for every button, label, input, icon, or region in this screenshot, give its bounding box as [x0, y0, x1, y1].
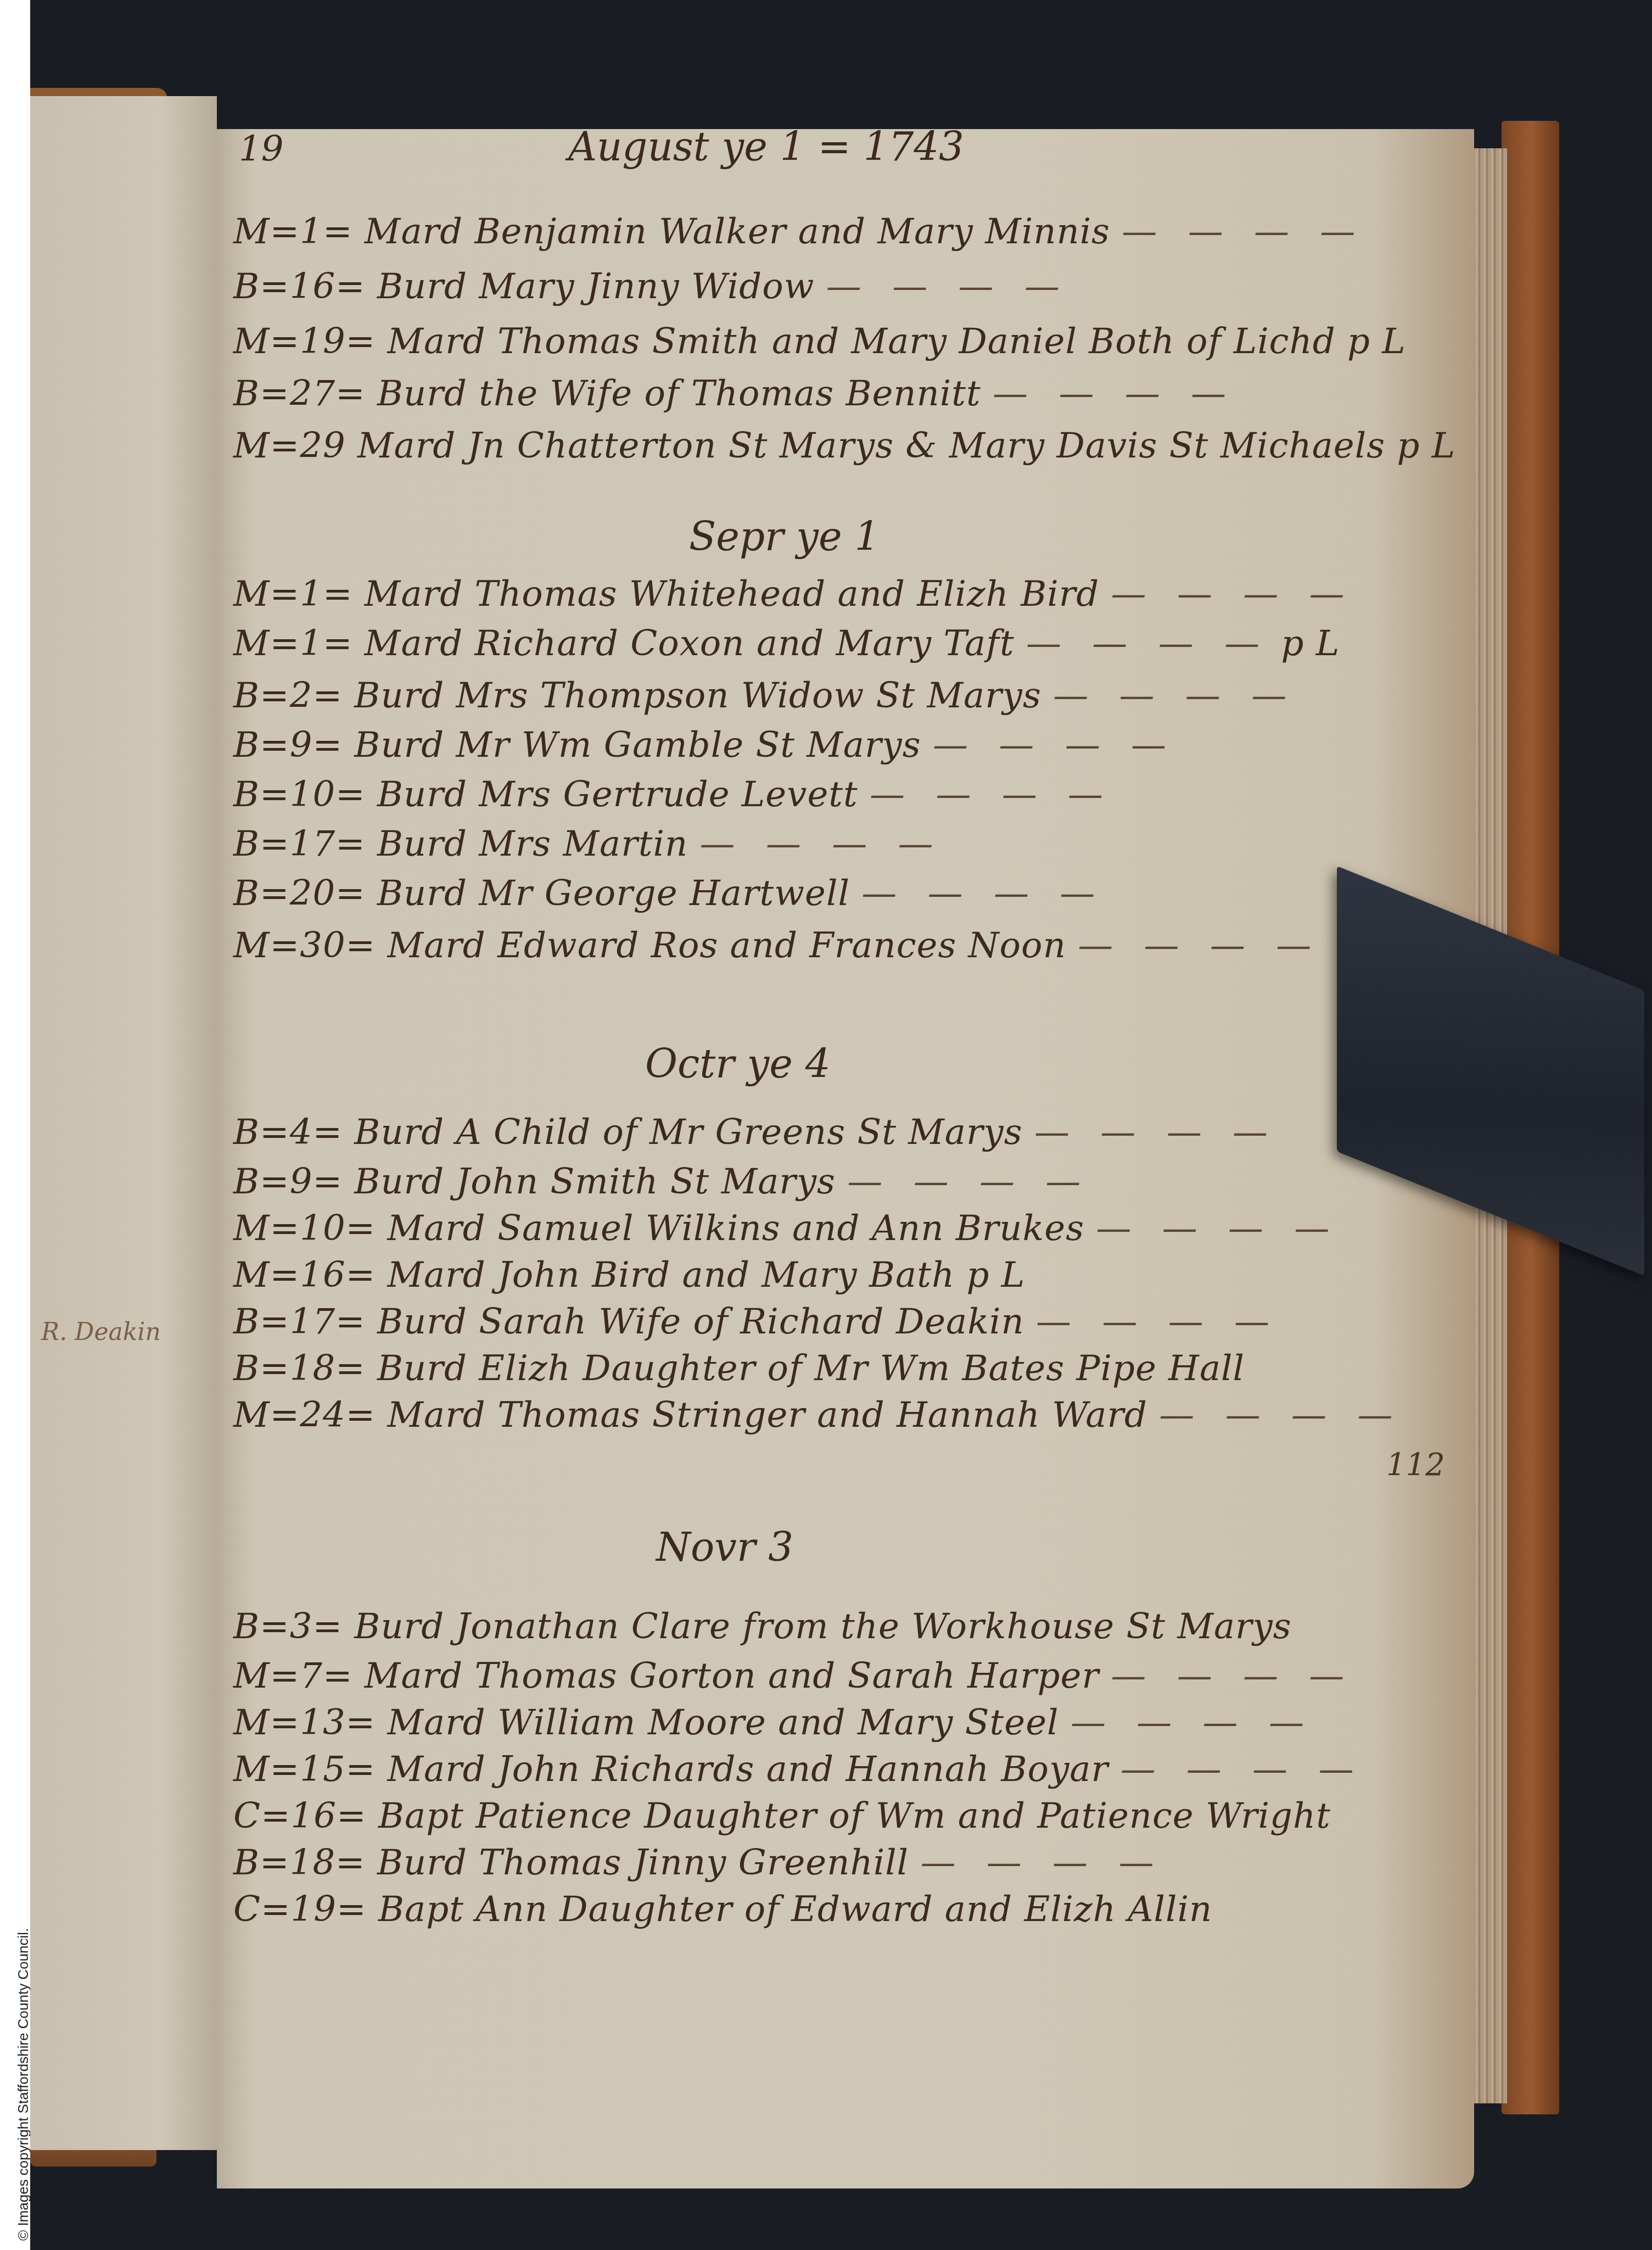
section-heading: Sepr ye 1 — [689, 513, 880, 560]
dash-filler: — — — — — [1026, 623, 1269, 664]
dash-filler: — — — — — [1111, 574, 1354, 615]
entry-code: B=2= — [233, 675, 343, 716]
dash-filler: — — — — — [1071, 1702, 1314, 1743]
copyright-notice: © Images copyright Staffordshire County … — [15, 1928, 32, 2241]
entry-type: Burd — [377, 774, 467, 815]
register-entry: M=16= Mard John Bird and Mary Bath p L — [233, 1255, 1025, 1296]
entry-type: Bapt — [378, 1889, 464, 1930]
section-heading: Novr 3 — [656, 1524, 793, 1570]
entry-text: Thomas Smith and Mary Daniel Both of Lic… — [497, 321, 1335, 362]
entry-type: Burd — [377, 873, 467, 914]
entry-type: Bapt — [378, 1796, 464, 1836]
entry-type: Burd — [354, 1112, 444, 1153]
entry-text: Benjamin Walker and Mary Minnis — [474, 211, 1110, 252]
entry-mark: p L — [966, 1255, 1025, 1296]
register-entry: B=27= Burd the Wife of Thomas Bennitt — … — [233, 373, 1236, 414]
register-entry: B=2= Burd Mrs Thompson Widow St Marys — … — [233, 675, 1296, 716]
entry-code: B=10= — [233, 774, 366, 815]
entry-type: Mard — [388, 1749, 486, 1790]
entry-mark: p L — [1281, 623, 1340, 664]
right-page: 19 August ye 1 = 1743 M=1= Mard Benjamin… — [217, 129, 1474, 2188]
entry-code: M=30= — [233, 925, 376, 966]
entry-code: M=15= — [233, 1749, 376, 1790]
register-entry: M=30= Mard Edward Ros and Frances Noon —… — [233, 925, 1321, 966]
entry-text: Thomas Stringer and Hannah Ward — [497, 1395, 1147, 1436]
register-entry: M=10= Mard Samuel Wilkins and Ann Brukes… — [233, 1208, 1339, 1249]
entry-code: M=24= — [233, 1395, 376, 1436]
entry-text: Patience Daughter of Wm and Patience Wri… — [475, 1796, 1331, 1836]
entry-type: Mard — [388, 1395, 486, 1436]
entry-text: Elizh Daughter of Mr Wm Bates Pipe Hall — [479, 1348, 1245, 1389]
register-entry: B=3= Burd Jonathan Clare from the Workho… — [233, 1606, 1292, 1647]
dash-filler: — — — — — [1122, 211, 1365, 252]
entry-type: Mard — [388, 1255, 486, 1296]
entry-type: Mard — [388, 1208, 486, 1249]
register-entry: M=29 Mard Jn Chatterton St Marys & Mary … — [233, 426, 1455, 466]
register-entry: B=20= Burd Mr George Hartwell — — — — — [233, 873, 1105, 914]
dash-filler: — — — — — [1053, 675, 1296, 716]
entry-code: M=1= — [233, 574, 353, 615]
register-entry: B=18= Burd Elizh Daughter of Mr Wm Bates… — [233, 1348, 1245, 1389]
register-entry: C=16= Bapt Patience Daughter of Wm and P… — [233, 1796, 1331, 1836]
entry-text: Edward Ros and Frances Noon — [497, 925, 1066, 966]
register-entry: M=7= Mard Thomas Gorton and Sarah Harper… — [233, 1656, 1354, 1696]
entry-code: M=10= — [233, 1208, 376, 1249]
entry-code: B=18= — [233, 1348, 366, 1389]
entry-type: Mard — [388, 925, 486, 966]
copyright-strip: © Images copyright Staffordshire County … — [0, 0, 30, 2250]
entry-code: B=17= — [233, 1302, 366, 1342]
entry-code: M=16= — [233, 1255, 376, 1296]
entry-code: M=1= — [233, 623, 353, 664]
entry-type: Burd — [377, 824, 467, 864]
entry-type: Burd — [377, 1348, 467, 1389]
entry-text: Ann Daughter of Edward and Elizh Allin — [475, 1889, 1212, 1930]
folio-number: 19 — [239, 129, 283, 170]
entry-text: Richard Coxon and Mary Taft — [474, 623, 1014, 664]
entry-text: Mrs Martin — [479, 824, 688, 864]
dash-filler: — — — — — [933, 725, 1176, 766]
register-entry: B=18= Burd Thomas Jinny Greenhill — — — … — [233, 1843, 1163, 1883]
register-entry: M=1= Mard Richard Coxon and Mary Taft — … — [233, 623, 1340, 664]
entry-code: M=1= — [233, 211, 353, 252]
register-photograph: R. Deakin 19 August ye 1 = 1743 M=1= Mar… — [30, 0, 1652, 2250]
entry-text: the Wife of Thomas Bennitt — [479, 373, 981, 414]
section-heading: Octr ye 4 — [645, 1041, 831, 1087]
entry-type: Mard — [365, 211, 463, 252]
register-entry: M=1= Mard Benjamin Walker and Mary Minni… — [233, 211, 1365, 252]
dash-filler: — — — — — [1111, 1656, 1354, 1696]
register-entry: M=19= Mard Thomas Smith and Mary Daniel … — [233, 321, 1406, 362]
entry-type: Burd — [377, 266, 467, 307]
entry-text: Thomas Jinny Greenhill — [479, 1843, 909, 1883]
entry-code: B=9= — [233, 725, 343, 766]
entry-text: Mrs Gertrude Levett — [479, 774, 858, 815]
entry-code: B=20= — [233, 873, 366, 914]
dash-filler: — — — — — [1036, 1302, 1279, 1342]
entry-text: A Child of Mr Greens St Marys — [456, 1112, 1023, 1153]
entry-code: M=7= — [233, 1656, 353, 1696]
dash-filler: — — — — — [1120, 1749, 1363, 1790]
entry-text: Mr George Hartwell — [479, 873, 850, 914]
entry-text: Jn Chatterton St Marys & Mary Davis St M… — [468, 426, 1386, 466]
entry-text: Thomas Gorton and Sarah Harper — [474, 1656, 1099, 1696]
register-entry: B=4= Burd A Child of Mr Greens St Marys … — [233, 1112, 1278, 1153]
entry-text: William Moore and Mary Steel — [497, 1702, 1059, 1743]
left-page: R. Deakin — [30, 96, 217, 2150]
entry-type: Burd — [354, 1606, 444, 1647]
register-entry: M=1= Mard Thomas Whitehead and Elizh Bir… — [233, 574, 1354, 615]
entry-code: M=19= — [233, 321, 376, 362]
register-entry: M=13= Mard William Moore and Mary Steel … — [233, 1702, 1314, 1743]
section-heading: August ye 1 = 1743 — [568, 124, 964, 170]
folio-number-right: 112 — [1386, 1447, 1445, 1483]
entry-code: M=29 — [233, 426, 346, 466]
entry-code: B=16= — [233, 266, 366, 307]
entry-text: Mrs Thompson Widow St Marys — [456, 675, 1041, 716]
entry-type: Mard — [365, 574, 463, 615]
register-entry: M=15= Mard John Richards and Hannah Boya… — [233, 1749, 1363, 1790]
entry-type: Burd — [354, 675, 444, 716]
entry-type: Burd — [354, 725, 444, 766]
entry-type: Mard — [388, 1702, 486, 1743]
entry-type: Burd — [377, 1843, 467, 1883]
register-entry: B=16= Burd Mary Jinny Widow — — — — — [233, 266, 1069, 307]
entry-code: B=17= — [233, 824, 366, 864]
dash-filler: — — — — — [920, 1843, 1163, 1883]
entry-text: Samuel Wilkins and Ann Brukes — [497, 1208, 1084, 1249]
entry-text: Jonathan Clare from the Workhouse St Mar… — [456, 1606, 1292, 1647]
register-entry: B=9= Burd Mr Wm Gamble St Marys — — — — — [233, 725, 1176, 766]
register-entry: B=17= Burd Sarah Wife of Richard Deakin … — [233, 1302, 1279, 1342]
register-entry: B=17= Burd Mrs Martin — — — — — [233, 824, 943, 864]
entry-code: C=16= — [233, 1796, 367, 1836]
entry-type: Mard — [365, 623, 463, 664]
entry-mark: p L — [1397, 426, 1455, 466]
dash-filler: — — — — — [993, 373, 1236, 414]
entry-code: B=18= — [233, 1843, 366, 1883]
entry-text: Mr Wm Gamble St Marys — [456, 725, 921, 766]
entry-code: M=13= — [233, 1702, 376, 1743]
margin-note: R. Deakin — [41, 1318, 161, 1346]
dash-filler: — — — — — [861, 873, 1105, 914]
dash-filler: — — — — — [700, 824, 943, 864]
register-entry: B=10= Burd Mrs Gertrude Levett — — — — — [233, 774, 1113, 815]
dash-filler: — — — — — [826, 266, 1069, 307]
entry-code: C=19= — [233, 1889, 367, 1930]
register-entry: C=19= Bapt Ann Daughter of Edward and El… — [233, 1889, 1212, 1930]
entry-type: Mard — [365, 1656, 463, 1696]
entry-type: Burd — [377, 373, 467, 414]
dash-filler: — — — — — [1078, 925, 1321, 966]
dash-filler: — — — — — [870, 774, 1113, 815]
entry-type: Burd — [377, 1302, 467, 1342]
entry-text: John Bird and Mary Bath — [497, 1255, 955, 1296]
entry-text: Sarah Wife of Richard Deakin — [479, 1302, 1024, 1342]
register-entry: B=9= Burd John Smith St Marys — — — — — [233, 1162, 1090, 1202]
dash-filler: — — — — — [1096, 1208, 1339, 1249]
dash-filler: — — — — — [1034, 1112, 1278, 1153]
entry-text: John Richards and Hannah Boyar — [497, 1749, 1108, 1790]
entry-code: B=3= — [233, 1606, 343, 1647]
dash-filler: — — — — — [847, 1162, 1090, 1202]
entry-code: B=9= — [233, 1162, 343, 1202]
entry-text: Mary Jinny Widow — [479, 266, 814, 307]
entry-text: John Smith St Marys — [456, 1162, 836, 1202]
entry-type: Burd — [354, 1162, 444, 1202]
entry-type: Mard — [357, 426, 456, 466]
entry-type: Mard — [388, 321, 486, 362]
entry-text: Thomas Whitehead and Elizh Bird — [474, 574, 1099, 615]
dash-filler: — — — — — [1159, 1395, 1402, 1436]
entry-code: B=27= — [233, 373, 366, 414]
register-entry: M=24= Mard Thomas Stringer and Hannah Wa… — [233, 1395, 1402, 1436]
entry-code: B=4= — [233, 1112, 343, 1153]
entry-mark: p L — [1347, 321, 1406, 362]
